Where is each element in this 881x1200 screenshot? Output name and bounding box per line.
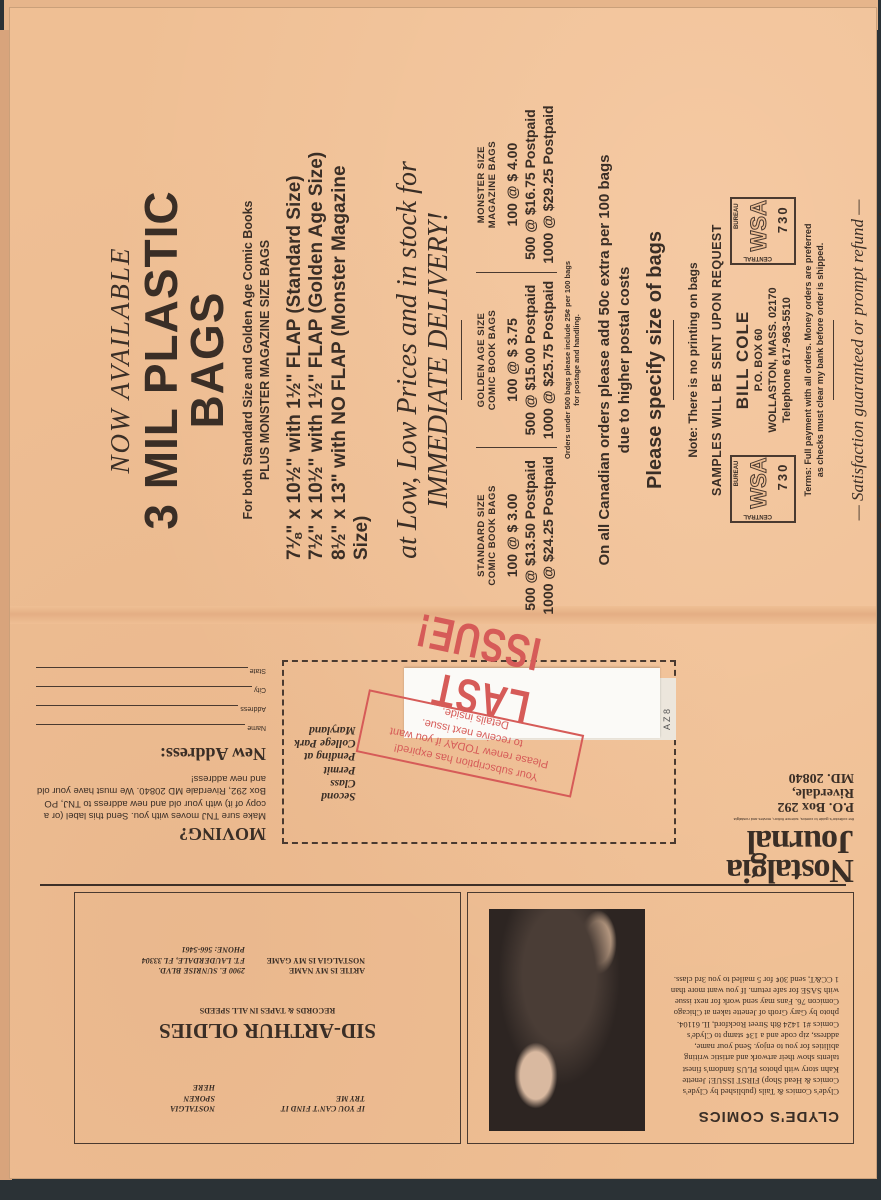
price-row: 500 @ $16.75 Postpaid (521, 105, 539, 263)
divider (673, 320, 674, 400)
masthead-tagline: the collector's guide to comics, science… (674, 817, 854, 822)
price-table: STANDARD SIZECOMIC BOOK BAGS 100 @ $ 3.0… (476, 120, 557, 600)
price-row: 100 @ $ 3.00 (503, 456, 521, 614)
moving-text: Make sure TNJ moves with you. Send this … (36, 772, 266, 821)
specify-note: Please specify size of bags (644, 120, 667, 600)
masthead: NostalgiaJournal the collector's guide t… (674, 769, 854, 884)
ad-headline-2: IMMEDIATE DELIVERY! (424, 120, 455, 600)
bag-size: 7⅛" x 10½" with 1½" FLAP (Standard Size) (284, 120, 306, 560)
change-of-address-form: MOVING? Make sure TNJ moves with you. Se… (36, 667, 266, 844)
moving-heading: MOVING? (36, 823, 266, 844)
bag-sizes-list: 7⅛" x 10½" with 1½" FLAP (Standard Size)… (284, 120, 374, 600)
portrait-photo (489, 909, 645, 1131)
section-divider (40, 884, 846, 886)
price-row: 100 @ $ 3.75 (503, 281, 521, 439)
wsa-seal-icon: BUREAU CENTRAL WSA 730 (730, 455, 796, 523)
clyde-title: CLYDE'S COMICS (698, 1108, 839, 1125)
ad-title: 3 MIL PLASTIC BAGS (138, 120, 230, 600)
terms-text: Terms: Full payment with all orders. Mon… (802, 120, 814, 600)
sid-title: SID-ARTHUR OLDIES (75, 1018, 460, 1043)
sid-tagline-left: IF YOU CAN'T FIND ITTRY ME (281, 1092, 365, 1113)
state-field[interactable]: State (36, 667, 266, 677)
mailer-panel: NostalgiaJournal the collector's guide t… (10, 624, 876, 1144)
new-address-heading: New Address: (36, 743, 266, 764)
divider (461, 320, 462, 400)
ad-subtitle: For both Standard Size and Golden Age Co… (240, 120, 257, 600)
price-row: 1000 @ $29.25 Postpaid (539, 105, 557, 263)
seller-address: BILL COLE P.O. BOX 60 WOLLASTON, MASS. 0… (732, 287, 795, 432)
masthead-title: NostalgiaJournal (674, 826, 854, 884)
price-column-standard: STANDARD SIZECOMIC BOOK BAGS 100 @ $ 3.0… (476, 448, 557, 622)
address-field[interactable]: Address (36, 705, 266, 715)
price-column-golden-age: GOLDEN AGE SIZECOMIC BOOK BAGS 100 @ $ 3… (476, 273, 557, 448)
bag-size: 8½" x 13" with NO FLAP (Monster Magazine… (329, 120, 374, 560)
ad-headline: at Low, Low Prices and in stock for (393, 120, 424, 600)
handling-note-2: for postage and handling. (572, 120, 581, 600)
mailing-list-text: Send in your name and address to be plac… (876, 120, 881, 600)
city-field[interactable]: City (36, 686, 266, 696)
clydes-comics-ad: CLYDE'S COMICS #1 Clyde's Comics & Tails… (467, 892, 854, 1144)
ad-kicker: NOW AVAILABLE (105, 120, 136, 600)
sid-subtitle: RECORDS & TAPES IN ALL SPEEDS (75, 1006, 460, 1015)
printing-note: Note: There is no printing on bags (686, 120, 700, 600)
sid-address: 2900 E. SUNRISE BLVD.FT. LAUDERDALE, FL … (142, 944, 245, 975)
sid-motto: ARTIE IS MY NAMENOSTALGIA IS MY GAME (267, 954, 365, 975)
plastic-bags-ad: NOW AVAILABLE 3 MIL PLASTIC BAGS For bot… (95, 120, 775, 600)
price-row: 1000 @ $25.75 Postpaid (539, 281, 557, 439)
samples-note: SAMPLES WILL BE SENT UPON REQUEST (710, 120, 724, 600)
divider (833, 320, 834, 400)
canada-note: On all Canadian orders please add 50c ex… (595, 120, 615, 600)
ad-subtitle-2: PLUS MONSTER MAGAZINE SIZE BAGS (257, 120, 274, 600)
sid-arthur-oldies-ad: IF YOU CAN'T FIND ITTRY ME NOSTALGIASPOK… (74, 892, 461, 1144)
canada-note-2: due to higher postal costs (615, 120, 635, 600)
name-field[interactable]: Name (36, 724, 266, 734)
price-row: 500 @ $13.50 Postpaid (521, 456, 539, 614)
price-column-monster: MONSTER SIZEMAGAZINE BAGS 100 @ $ 4.00 5… (476, 97, 557, 272)
sid-tagline-right: NOSTALGIASPOKENHERE (170, 1082, 215, 1113)
satisfaction-line: — Satisfaction guaranteed or prompt refu… (848, 120, 868, 600)
wsa-seal-icon: BUREAU CENTRAL WSA 730 (730, 197, 796, 265)
price-row: 1000 @ $24.25 Postpaid (539, 456, 557, 614)
price-row: 500 @ $15.00 Postpaid (521, 281, 539, 439)
terms-text-2: as checks must clear my bank before orde… (814, 120, 826, 600)
clyde-text: Clyde's Comics & Tails (published by Cly… (669, 974, 839, 1097)
masthead-address: P.O. Box 292 Riverdale, MD. 20840 (674, 769, 854, 813)
handling-note: Orders under 500 bags please include 25¢… (563, 120, 572, 600)
bag-size: 7½" x 10½" with 1½" FLAP (Golden Age Siz… (306, 120, 328, 560)
price-row: 100 @ $ 4.00 (503, 105, 521, 263)
